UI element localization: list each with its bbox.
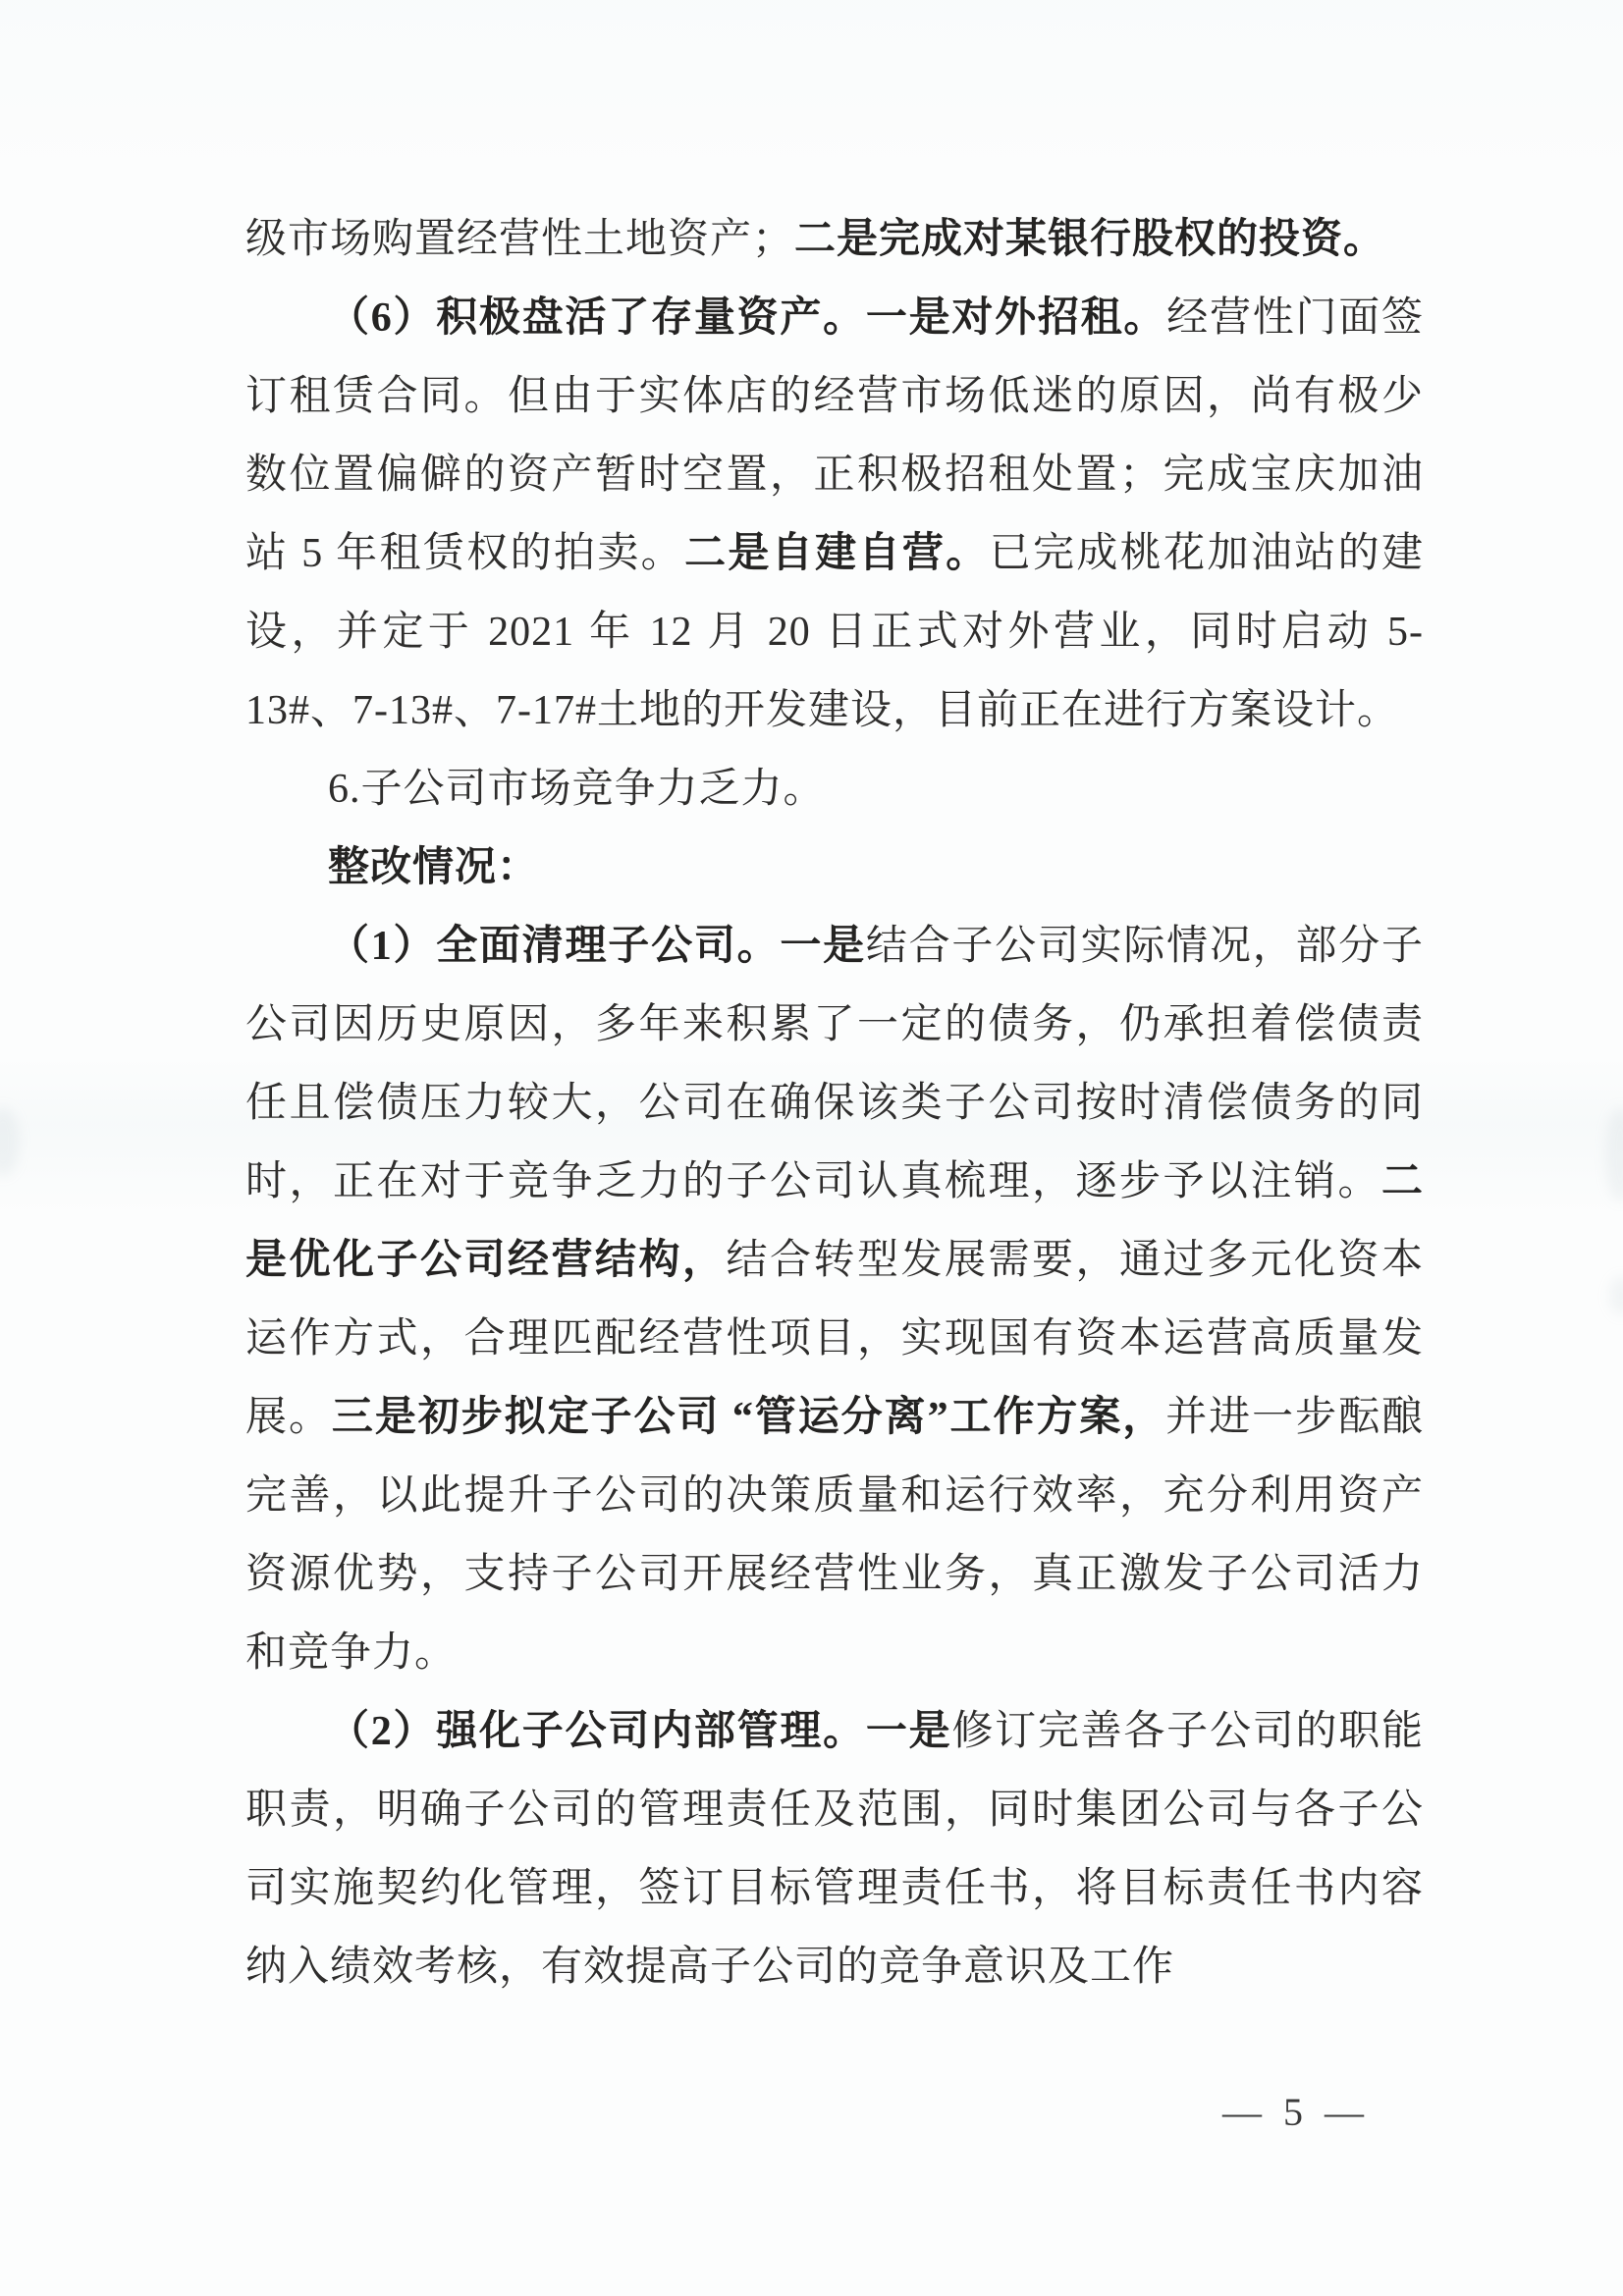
paragraph: （6）积极盘活了存量资产。一是对外招租。经营性门面签订租赁合同。但由于实体店的经…	[245, 279, 1424, 750]
paragraph: （2）强化子公司内部管理。一是修订完善各子公司的职能职责，明确子公司的管理责任及…	[245, 1692, 1424, 2006]
page-number: — 5 —	[1222, 2089, 1370, 2135]
scan-artifact	[1605, 1107, 1623, 1201]
text-segment-bold: 三是初步拟定子公司 “管运分离”工作方案，	[332, 1395, 1165, 1440]
text-segment-bold: 整改情况：	[328, 845, 539, 890]
text-segment-bold: 二是自建自营。	[684, 531, 990, 576]
scan-artifact	[1609, 1276, 1623, 1315]
text-segment-bold: （6）积极盘活了存量资产。一是对外招租。	[328, 295, 1166, 341]
text-segment-bold: （1）全面清理子公司。一是	[328, 924, 866, 969]
paragraph: 6.子公司市场竞争力乏力。	[245, 750, 1424, 828]
text-segment-bold: 二是完成对某银行股权的投资。	[794, 217, 1385, 262]
paragraph: （1）全面清理子公司。一是结合子公司实际情况，部分子公司因历史原因，多年来积累了…	[245, 907, 1424, 1692]
paragraph: 整改情况：	[245, 828, 1424, 907]
scan-artifact	[0, 1107, 20, 1176]
paragraph: 级市场购置经营性土地资产；二是完成对某银行股权的投资。	[245, 200, 1424, 279]
text-segment: 级市场购置经营性土地资产；	[245, 217, 794, 262]
text-segment-bold: （2）强化子公司内部管理。一是	[328, 1709, 951, 1754]
document-page: 级市场购置经营性土地资产；二是完成对某银行股权的投资。（6）积极盘活了存量资产。…	[0, 0, 1623, 2296]
document-body: 级市场购置经营性土地资产；二是完成对某银行股权的投资。（6）积极盘活了存量资产。…	[245, 200, 1424, 2006]
text-segment: 6.子公司市场竞争力乏力。	[328, 767, 826, 812]
